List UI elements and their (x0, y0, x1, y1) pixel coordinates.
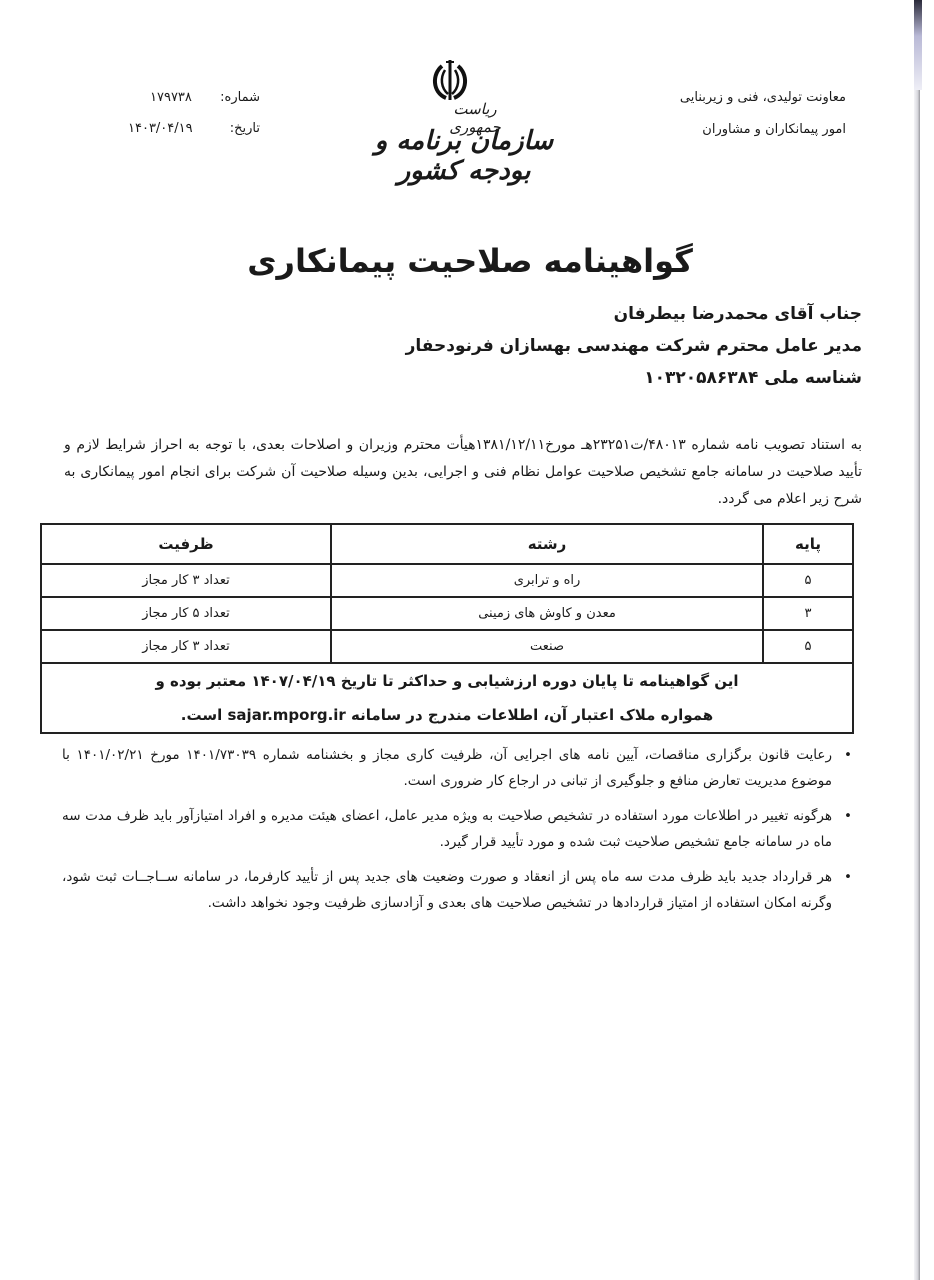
cell-capacity: تعداد ۳ کار مجاز (41, 564, 331, 597)
page-edge-shadow (914, 0, 920, 1280)
number-label: شماره: (220, 90, 260, 105)
condition-item: • رعایت قانون برگزاری مناقصات، آیین نامه… (62, 742, 854, 794)
validity-note-line-2: همواره ملاک اعتبار آن، اطلاعات مندرج در … (42, 698, 852, 732)
bullet-icon: • (844, 742, 852, 768)
cell-field: معدن و کاوش های زمینی (331, 597, 763, 630)
cell-field: صنعت (331, 630, 763, 663)
table-row: ۵ راه و ترابری تعداد ۳ کار مجاز (41, 564, 853, 597)
certificate-title: گواهینامه صلاحیت پیمانکاری (240, 242, 700, 280)
validity-note: این گواهینامه تا پایان دوره ارزشیابی و ح… (41, 663, 853, 733)
cell-capacity: تعداد ۵ کار مجاز (41, 597, 331, 630)
intro-paragraph: به استناد تصویب نامه شماره ۴۸۰۱۳/ت۲۳۲۵۱ه… (64, 432, 862, 513)
cell-grade: ۳ (763, 597, 853, 630)
cell-capacity: تعداد ۳ کار مجاز (41, 630, 331, 663)
condition-text: هر قرارداد جدید باید ظرف مدت سه ماه پس ا… (62, 869, 832, 911)
header-capacity: ظرفیت (41, 524, 331, 564)
recipient-name: جناب آقای محمدرضا بیطرفان (614, 304, 862, 324)
condition-item: • هرگونه تغییر در اطلاعات مورد استفاده د… (62, 803, 854, 855)
iran-emblem-icon (428, 56, 472, 106)
table-header-row: پایه رشته ظرفیت (41, 524, 853, 564)
department-line-2: امور پیمانکاران و مشاوران (626, 122, 846, 137)
validity-note-row: این گواهینامه تا پایان دوره ارزشیابی و ح… (41, 663, 853, 733)
cell-grade: ۵ (763, 630, 853, 663)
organization-logo-text: سازمان برنامه و بودجه کشور (344, 126, 584, 186)
table-row: ۵ صنعت تعداد ۳ کار مجاز (41, 630, 853, 663)
department-line-1: معاونت تولیدی، فنی و زیربنایی (626, 90, 846, 105)
table-row: ۳ معدن و کاوش های زمینی تعداد ۵ کار مجاز (41, 597, 853, 630)
header-grade: پایه (763, 524, 853, 564)
cell-grade: ۵ (763, 564, 853, 597)
condition-text: هرگونه تغییر در اطلاعات مورد استفاده در … (62, 808, 832, 850)
validity-note-line-1: این گواهینامه تا پایان دوره ارزشیابی و ح… (42, 664, 852, 698)
condition-text: رعایت قانون برگزاری مناقصات، آیین نامه ه… (62, 747, 832, 789)
cell-field: راه و ترابری (331, 564, 763, 597)
scan-edge-mark (914, 0, 922, 90)
qualification-table: پایه رشته ظرفیت ۵ راه و ترابری تعداد ۳ ک… (40, 523, 854, 734)
condition-item: • هر قرارداد جدید باید ظرف مدت سه ماه پس… (62, 864, 854, 916)
bullet-icon: • (844, 864, 852, 890)
conditions-list: • رعایت قانون برگزاری مناقصات، آیین نامه… (62, 742, 854, 925)
recipient-company: مدیر عامل محترم شرکت مهندسی بهسازان فرنو… (406, 336, 862, 356)
date-value: ۱۴۰۳/۰۴/۱۹ (128, 121, 193, 136)
bullet-icon: • (844, 803, 852, 829)
national-id: شناسه ملی ۱۰۳۲۰۵۸۶۳۸۴ (644, 368, 862, 388)
header-field: رشته (331, 524, 763, 564)
number-value: ۱۷۹۷۳۸ (150, 90, 192, 105)
date-label: تاریخ: (230, 121, 260, 136)
